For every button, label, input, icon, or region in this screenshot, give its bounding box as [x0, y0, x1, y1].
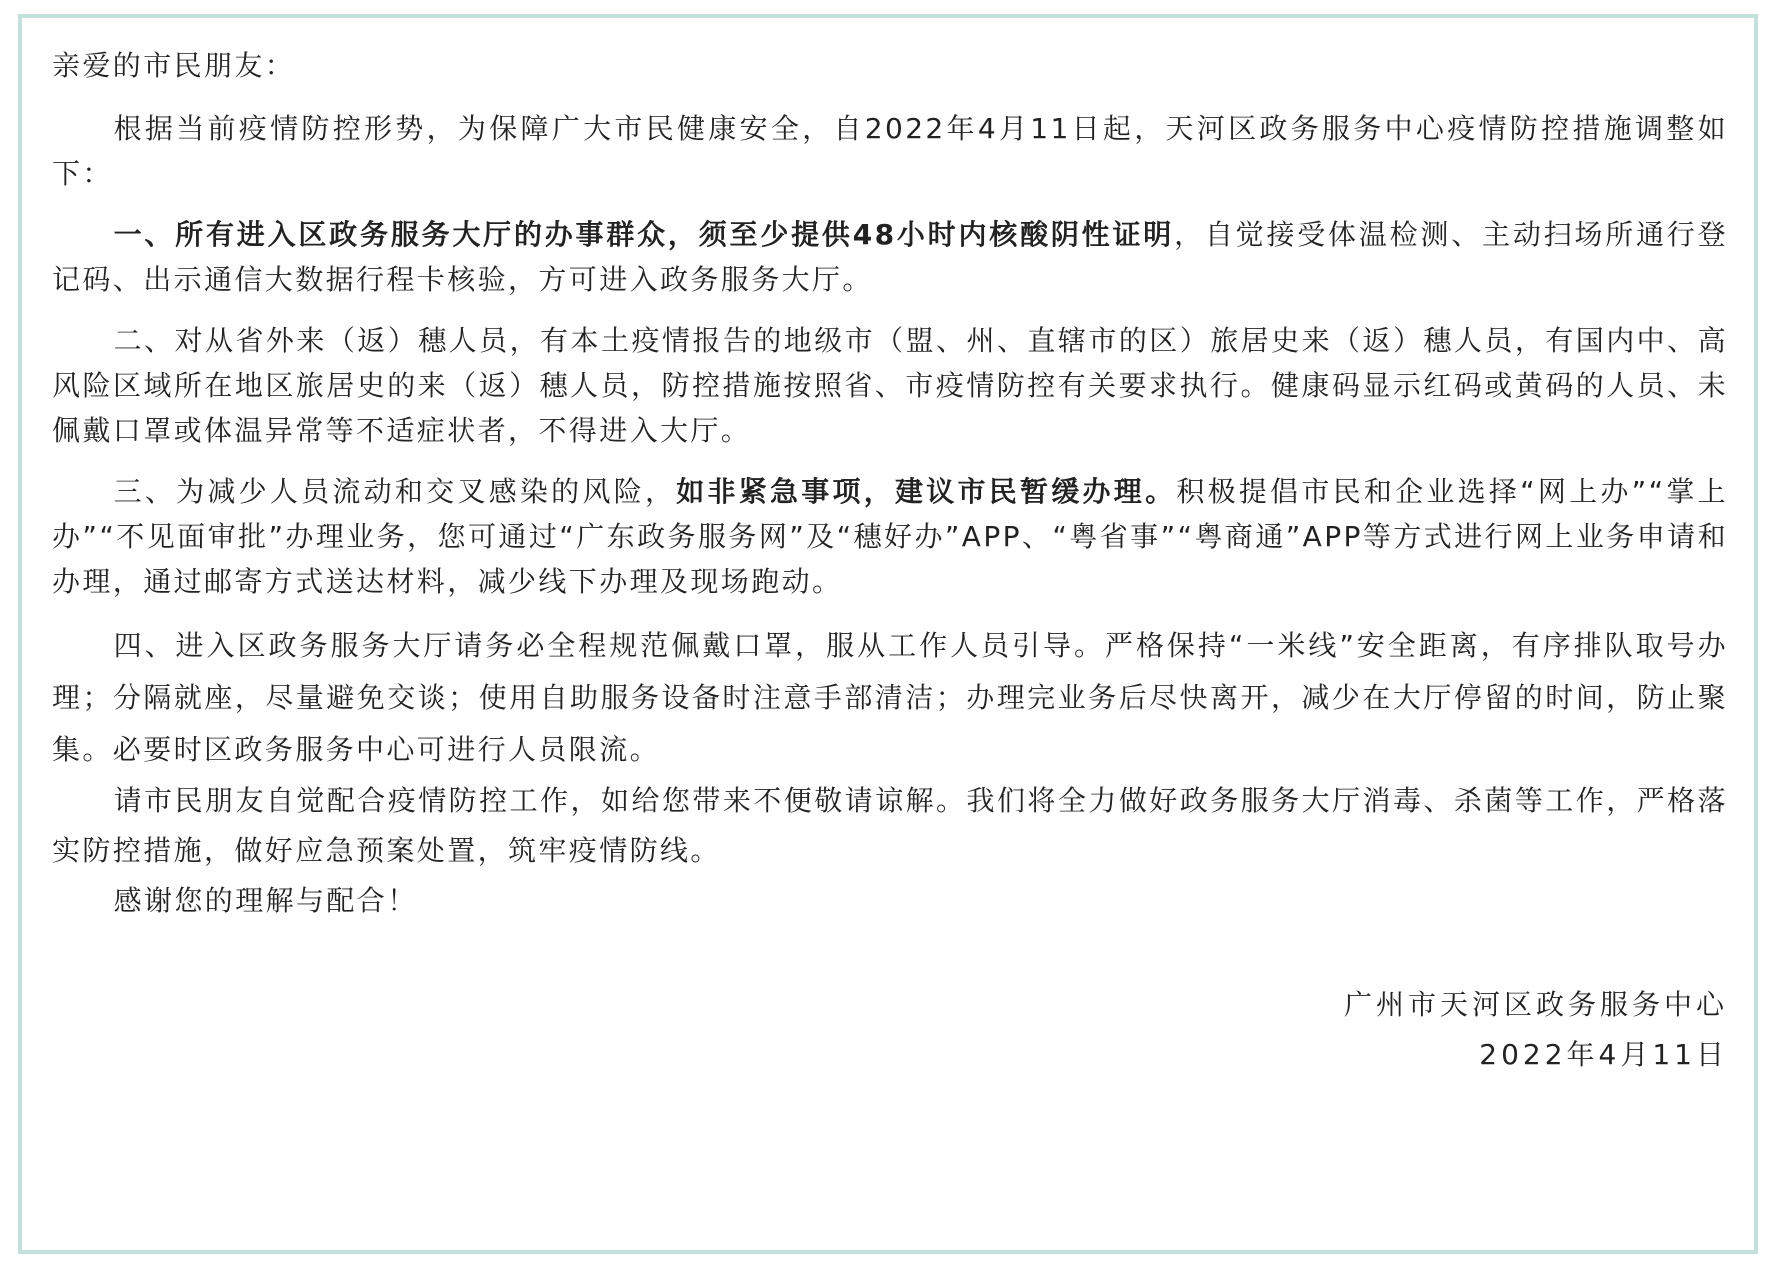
item-4-paragraph: 四、进入区政务服务大厅请务必全程规范佩戴口罩，服从工作人员引导。严格保持“一米线…: [52, 620, 1728, 776]
item-1-paragraph: 一、所有进入区政务服务大厅的办事群众，须至少提供48小时内核酸阴性证明，自觉接受…: [52, 212, 1728, 302]
item-3-paragraph: 三、为减少人员流动和交叉感染的风险，如非紧急事项，建议市民暂缓办理。积极提倡市民…: [52, 469, 1728, 604]
item-2-paragraph: 二、对从省外来（返）穗人员，有本土疫情报告的地级市（盟、州、直辖市的区）旅居史来…: [52, 318, 1728, 453]
item-3-lead: 三、为减少人员流动和交叉感染的风险，: [114, 475, 677, 508]
salutation: 亲爱的市民朋友：: [52, 44, 1728, 88]
signature-date: 2022年4月11日: [1344, 1030, 1728, 1080]
intro-paragraph: 根据当前疫情防控形势，为保障广大市民健康安全，自2022年4月11日起，天河区政…: [52, 106, 1728, 196]
thanks-line: 感谢您的理解与配合！: [52, 876, 1728, 926]
item-1-emphasis: 一、所有进入区政务服务大厅的办事群众，须至少提供48小时内核酸阴性证明: [114, 218, 1174, 251]
notice-body: 亲爱的市民朋友： 根据当前疫情防控形势，为保障广大市民健康安全，自2022年4月…: [52, 44, 1728, 926]
closing-paragraph: 请市民朋友自觉配合疫情防控工作，如给您带来不便敬请谅解。我们将全力做好政务服务大…: [52, 776, 1728, 876]
signature-block: 广州市天河区政务服务中心 2022年4月11日: [1344, 980, 1728, 1080]
signature-organization: 广州市天河区政务服务中心: [1344, 980, 1728, 1030]
item-3-emphasis: 如非紧急事项，建议市民暂缓办理。: [676, 475, 1176, 508]
